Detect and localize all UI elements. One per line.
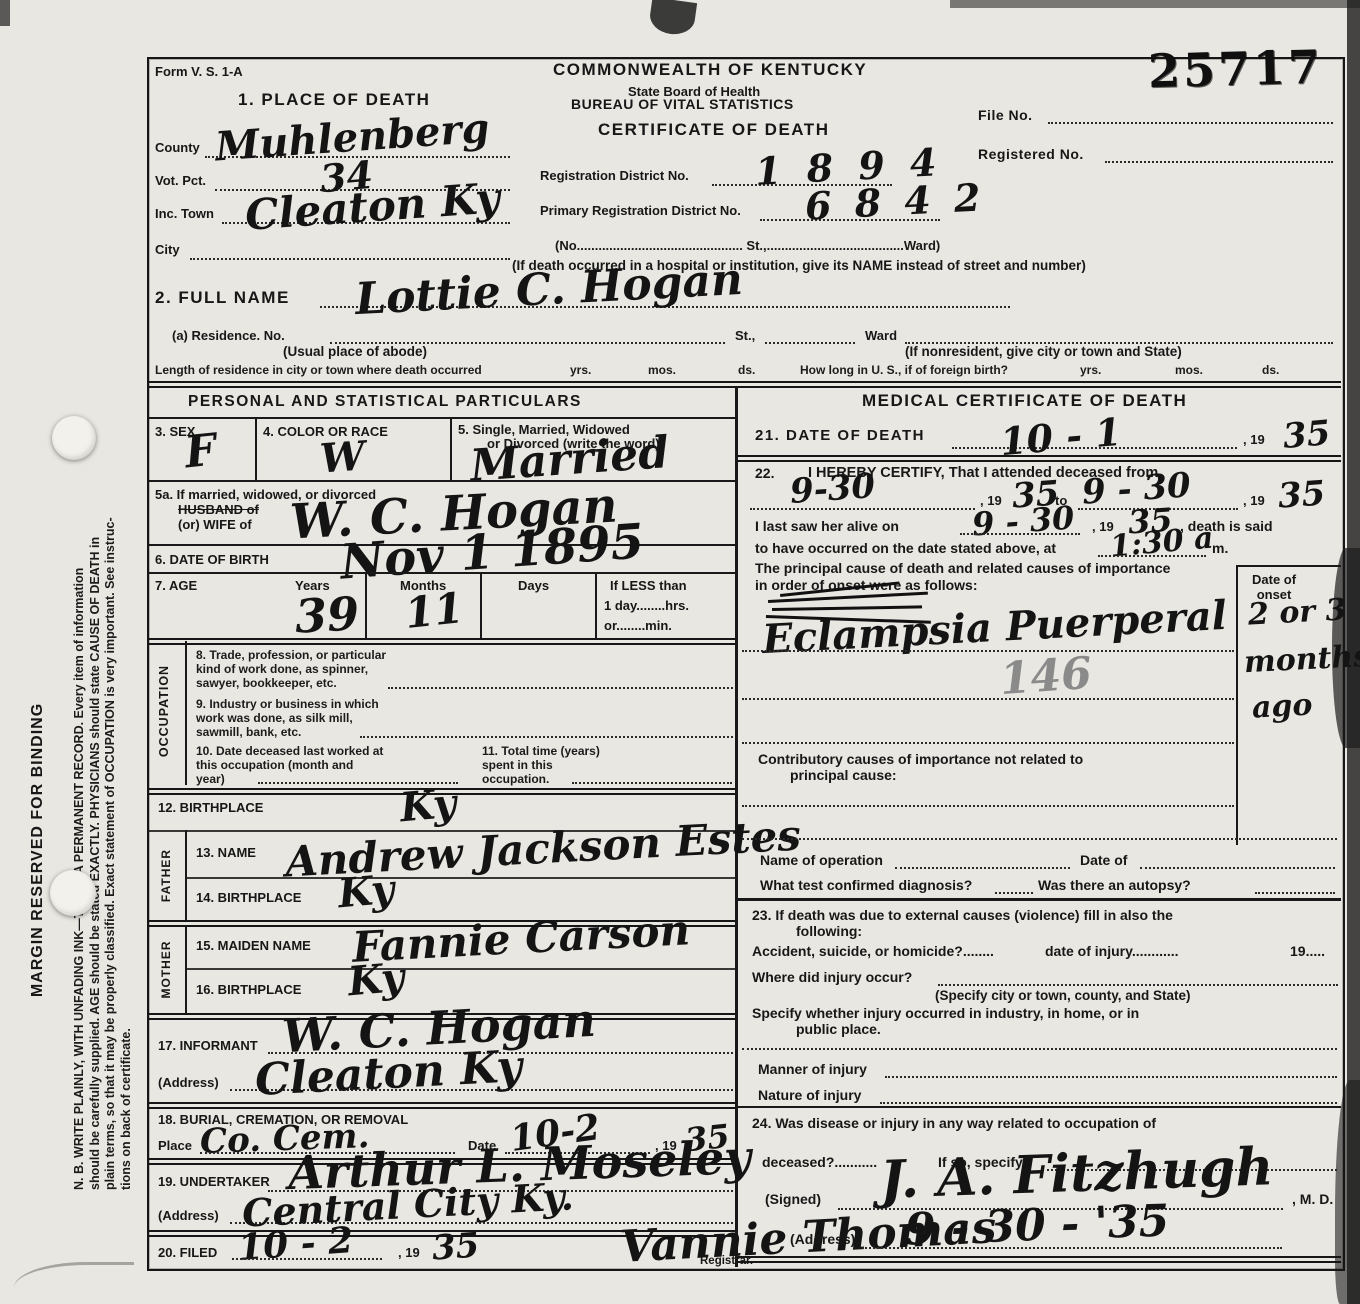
onset-box-top-line (1236, 565, 1341, 567)
signed-label: (Signed) (765, 1192, 821, 1207)
contributory-line-1 (742, 805, 1234, 807)
age-months-value: 11 (403, 587, 466, 635)
cause-line-3 (742, 742, 1234, 744)
age-label: 7. AGE (155, 578, 197, 593)
primary-registration-label: Primary Registration District No. (540, 203, 741, 218)
occupation-totaltime-label: 11. Total time (years) spent in this occ… (482, 744, 600, 786)
sex-value: F (183, 428, 219, 475)
operation-label: Name of operation (760, 853, 883, 868)
ds-label: ds. (738, 363, 755, 377)
father-name-label: 13. NAME (196, 845, 256, 860)
occupation-trade-label: 8. Trade, profession, or particular kind… (196, 648, 386, 690)
accident-label: Accident, suicide, or homicide?........ (752, 944, 994, 959)
medical-certificate-title: MEDICAL CERTIFICATE OF DEATH (862, 393, 1187, 408)
cell-line (185, 830, 187, 922)
contributory-text: Contributory causes of importance not re… (758, 752, 1083, 767)
wife-of-label: (or) WIFE of (178, 517, 252, 532)
autopsy-line (1255, 892, 1335, 894)
row-line (147, 1102, 735, 1109)
filed-year-prefix: , 19 (398, 1245, 420, 1260)
onset-box-left-line (1236, 565, 1238, 845)
row-line (147, 638, 735, 645)
cell-line (480, 572, 482, 638)
mother-birthplace-label: 16. BIRTHPLACE (196, 982, 301, 997)
residence-ward-label: Ward (865, 328, 897, 343)
test-label: What test confirmed diagnosis? (760, 878, 972, 893)
file-no-label: File No. (978, 108, 1033, 123)
where-injury-line (938, 984, 1338, 986)
cause-line-1 (742, 650, 1234, 652)
onset-value-2: months (1243, 642, 1360, 679)
if-less-label-3: or........min. (604, 618, 672, 633)
occurred-text: to have occurred on the date stated abov… (755, 541, 1056, 556)
registration-district-label: Registration District No. (540, 168, 689, 183)
registered-no-label: Registered No. (978, 147, 1084, 162)
occupation-industry-line (360, 736, 733, 738)
informant-address-label: (Address) (158, 1075, 219, 1090)
father-birthplace-value: Ky (336, 870, 395, 915)
stamp-number: 25717 (1147, 40, 1323, 99)
place-of-death-title: 1. PLACE OF DEATH (238, 92, 430, 107)
punch-hole (50, 870, 96, 916)
county-label: County (155, 140, 200, 155)
m-label: m. (1212, 541, 1228, 556)
specify-injury-text-2: public place. (796, 1022, 881, 1037)
principal-cause-text: The principal cause of death and related… (755, 561, 1170, 576)
cell-line (255, 417, 257, 480)
residence-label: (a) Residence. No. (172, 328, 285, 343)
filed-year-value: 35 (431, 1228, 481, 1265)
residence-st-line (765, 342, 855, 344)
operation-line (895, 867, 1070, 869)
burial-place-label: Place (158, 1138, 192, 1153)
dod-year-prefix: , 19 (1243, 432, 1265, 447)
specify-injury-text: Specify whether injury occurred in indus… (752, 1006, 1139, 1021)
row-line (147, 480, 735, 482)
occupation-trade-line (388, 687, 733, 689)
punch-hole (52, 416, 96, 460)
dod-year-value: 35 (1282, 416, 1332, 454)
cell-line (450, 417, 452, 480)
row-line (185, 877, 735, 879)
filed-label: 20. FILED (158, 1245, 217, 1260)
full-name-label: 2. FULL NAME (155, 290, 290, 305)
manner-of-injury-line (885, 1076, 1337, 1078)
margin-instruction-note: N. B. WRITE PLAINLY, WITH UNFADING INK—T… (72, 85, 134, 1190)
blank-line (742, 1048, 1337, 1050)
commonwealth-title: COMMONWEALTH OF KENTUCKY (553, 62, 867, 77)
father-vertical-label: FATHER (159, 833, 174, 918)
mos-label-2: mos. (1175, 363, 1203, 377)
cell-line (365, 572, 367, 638)
personal-particulars-title: PERSONAL AND STATISTICAL PARTICULARS (188, 394, 582, 409)
where-injury-label: Where did injury occur? (752, 970, 912, 985)
occupation-industry-label: 9. Industry or business in which work wa… (196, 697, 379, 739)
undertaker-label: 19. UNDERTAKER (158, 1174, 270, 1189)
file-no-line (1048, 122, 1333, 124)
to-year-prefix: , 19 (1243, 493, 1265, 508)
city-label: City (155, 242, 180, 257)
contributory-line-2 (742, 838, 1337, 840)
yrs-label-2: yrs. (1080, 363, 1101, 377)
mother-birthplace-value: Ky (346, 958, 405, 1003)
cell-line (185, 925, 187, 1015)
row-line (185, 968, 735, 970)
how-long-us-label: How long in U. S., if of foreign birth? (800, 363, 1008, 377)
date-of-death-value: 10 - 1 (999, 413, 1123, 461)
ds-label-2: ds. (1262, 363, 1279, 377)
scan-artifact (648, 0, 697, 37)
mos-label: mos. (648, 363, 676, 377)
cause-line-2 (742, 698, 1234, 700)
onset-value-3: ago (1251, 690, 1313, 723)
mother-maiden-label: 15. MAIDEN NAME (196, 938, 311, 953)
nature-of-injury-line (880, 1102, 1337, 1104)
registered-no-line (1105, 161, 1333, 163)
injury-date-label: date of injury............ (1045, 944, 1179, 959)
item-22-number: 22. (755, 466, 774, 481)
injury-19-label: 19..... (1290, 944, 1325, 959)
abode-note: (Usual place of abode) (283, 344, 427, 359)
yrs-label: yrs. (570, 363, 591, 377)
occupation-related-text: 24. Was disease or injury in any way rel… (752, 1116, 1156, 1131)
operation-date-label: Date of (1080, 853, 1127, 868)
to-year-value: 35 (1277, 476, 1327, 513)
street-ward-note: (No.....................................… (555, 238, 940, 253)
city-line (190, 258, 510, 260)
filed-date-line (232, 1258, 382, 1260)
autopsy-label: Was there an autopsy? (1038, 878, 1191, 893)
test-line (995, 892, 1033, 894)
certificate-title: CERTIFICATE OF DEATH (598, 122, 829, 137)
row-line (147, 417, 735, 419)
mother-vertical-label: MOTHER (159, 927, 174, 1012)
scan-artifact (14, 1262, 134, 1304)
row-line (147, 572, 735, 574)
physician-address-label: (Address) (790, 1232, 855, 1247)
husband-of-label: HUSBAND of (178, 502, 259, 517)
birthplace-label: 12. BIRTHPLACE (158, 800, 263, 815)
date-of-birth-label: 6. DATE OF BIRTH (155, 552, 269, 567)
nature-of-injury-label: Nature of injury (758, 1088, 861, 1103)
if-less-label: If LESS than (610, 578, 687, 593)
external-causes-text: 23. If death was due to external causes … (752, 908, 1173, 923)
occupation-vertical-label: OCCUPATION (157, 642, 172, 780)
heavy-line (737, 898, 1341, 901)
scan-artifact (0, 0, 10, 26)
last-saw-line (960, 533, 1080, 535)
cell-line (595, 572, 597, 638)
physician-signature: J. A. Fitzhugh (879, 1141, 1274, 1207)
father-birthplace-label: 14. BIRTHPLACE (196, 890, 301, 905)
row-line (737, 455, 1341, 462)
death-certificate-scan: MARGIN RESERVED FOR BINDING N. B. WRITE … (0, 0, 1360, 1304)
physician-address-value: 9 - 30 - '35 (904, 1199, 1170, 1252)
race-value: W (319, 436, 367, 479)
scan-artifact (950, 0, 1360, 8)
undertaker-address-label: (Address) (158, 1208, 219, 1223)
informant-label: 17. INFORMANT (158, 1038, 258, 1053)
time-line (1098, 555, 1206, 557)
margin-binding-note: MARGIN RESERVED FOR BINDING (30, 460, 45, 1240)
attended-from-line (750, 508, 975, 510)
deceased-label: deceased?........... (762, 1155, 877, 1170)
section-divider (147, 381, 1341, 388)
form-number: Form V. S. 1-A (155, 64, 243, 79)
occupation-totaltime-line (572, 782, 732, 784)
residence-st-label: St., (735, 328, 755, 343)
last-saw-text: I last saw her alive on (755, 519, 899, 534)
inc-town-label: Inc. Town (155, 206, 214, 221)
external-causes-text-2: following: (796, 924, 862, 939)
attended-from-value: 9-30 (789, 469, 876, 509)
primary-registration-value: 6 8 4 2 (804, 178, 986, 225)
bureau-title: BUREAU OF VITAL STATISTICS (571, 97, 794, 112)
contributory-text-2: principal cause: (790, 768, 897, 783)
days-header: Days (518, 578, 549, 593)
date-of-death-label: 21. DATE OF DEATH (755, 428, 925, 443)
length-residence-label: Length of residence in city or town wher… (155, 363, 482, 377)
cell-line (185, 641, 187, 785)
vot-pct-label: Vot. Pct. (155, 173, 206, 188)
operation-date-line (1140, 867, 1335, 869)
birthplace-value: Ky (398, 784, 457, 829)
if-less-label-2: 1 day........hrs. (604, 598, 689, 613)
bottom-line (737, 1256, 1341, 1263)
md-label: , M. D. (1292, 1192, 1333, 1207)
nonresident-note: (If nonresident, give city or town and S… (905, 344, 1182, 359)
onset-value-1: 2 or 3 (1247, 595, 1347, 630)
specify-city-note: (Specify city or town, county, and State… (935, 988, 1191, 1003)
age-years-value: 39 (294, 590, 360, 639)
heavy-line (737, 1106, 1341, 1108)
manner-of-injury-label: Manner of injury (758, 1062, 867, 1077)
faint-number: 146 (999, 652, 1094, 702)
occupation-lastworked-label: 10. Date deceased last worked at this oc… (196, 744, 383, 786)
